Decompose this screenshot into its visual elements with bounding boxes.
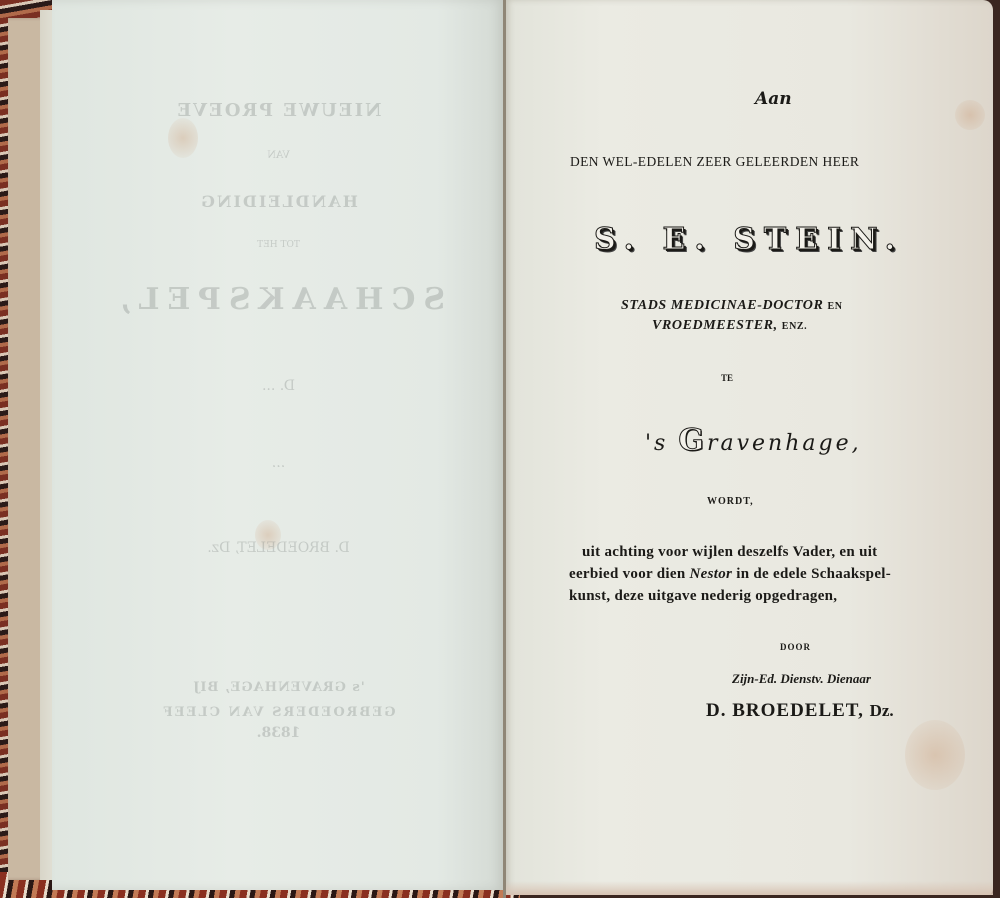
te-word: TE	[721, 373, 733, 383]
dedication-italic: Nestor	[690, 566, 733, 582]
dedicatee-name: S. E. STEIN.	[594, 222, 904, 257]
foxing-stain	[255, 520, 281, 550]
foxing-stain	[905, 720, 965, 790]
title-text: VROEDMEESTER,	[652, 318, 778, 333]
salutation: Aan	[755, 89, 792, 109]
dedication-line-1: uit achting voor wijlen deszelfs Vader, …	[582, 544, 877, 561]
dedicatee-title-line1: STADS MEDICINAE-DOCTOR EN	[621, 298, 843, 314]
servant-line: Zijn-Ed. Dienstv. Dienaar	[732, 671, 871, 687]
title-text: STADS MEDICINAE-DOCTOR	[621, 298, 823, 313]
author-suffix: Dz.	[870, 701, 894, 720]
door-word: DOOR	[780, 642, 811, 652]
book-spread: NIEUWE PROEVE VAN HANDLEIDING TOT HET SC…	[0, 0, 1000, 898]
left-page	[52, 0, 505, 890]
book-gutter	[503, 0, 506, 898]
dedication-text: in de edele Schaakspel-	[732, 566, 891, 582]
title-suffix: EN	[828, 301, 843, 312]
wordt-word: WORDT,	[707, 496, 754, 507]
foxing-stain	[955, 100, 985, 130]
title-suffix: ENZ.	[782, 321, 807, 332]
place-initial: G	[678, 423, 707, 458]
dedication-text: eerbied voor dien	[569, 566, 690, 582]
place-prefix: 's	[645, 431, 678, 456]
place-rest: ravenhage,	[707, 431, 862, 456]
dedicatee-title-line2: VROEDMEESTER, ENZ.	[652, 318, 807, 334]
honorific-line: DEN WEL-EDELEN ZEER GELEERDEN HEER	[570, 154, 859, 170]
foxing-stain	[168, 118, 198, 158]
place-name: 's Gravenhage,	[645, 423, 862, 458]
dedication-line-2: eerbied voor dien Nestor in de edele Sch…	[569, 566, 891, 583]
author-name: D. BROEDELET,	[706, 700, 864, 721]
author-signature: D. BROEDELET, Dz.	[706, 700, 894, 722]
dedication-line-3: kunst, deze uitgave nederig opgedragen,	[569, 588, 837, 605]
